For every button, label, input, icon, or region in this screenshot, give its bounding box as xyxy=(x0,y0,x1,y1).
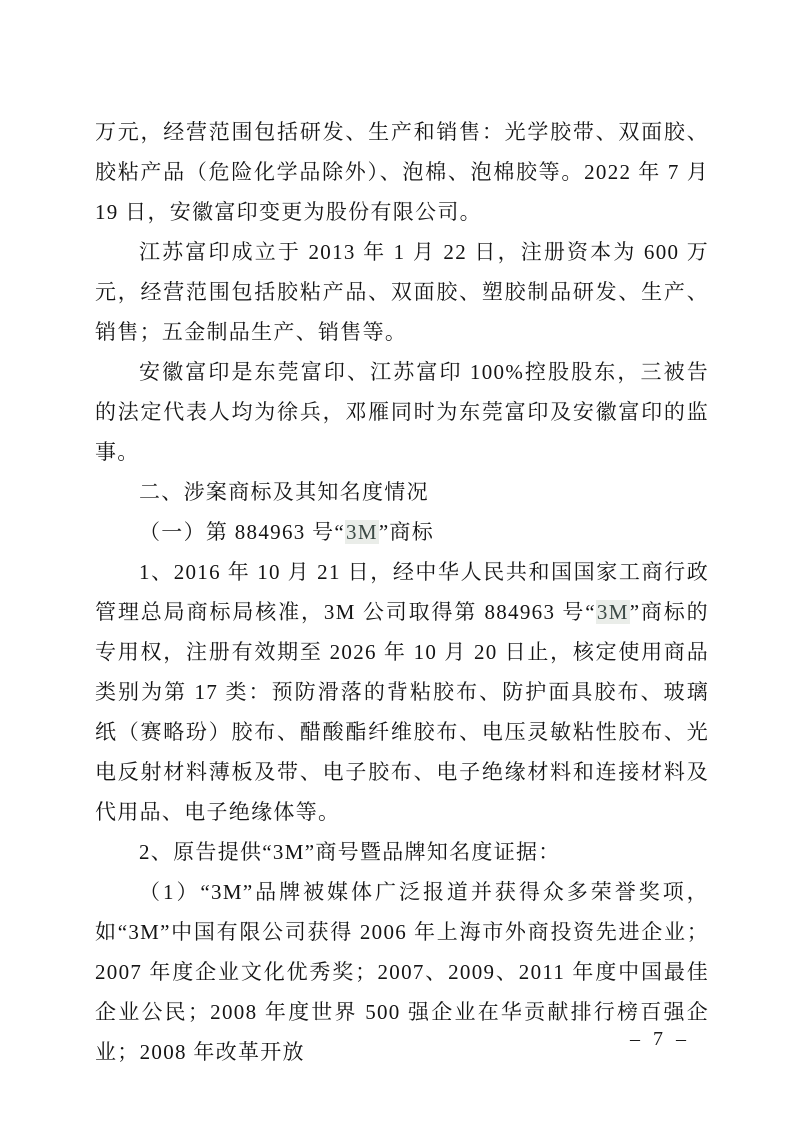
paragraph: 1、2016 年 10 月 21 日，经中华人民共和国国家工商行政管理总局商标局… xyxy=(95,552,709,832)
document-page: 万元，经营范围包括研发、生产和销售：光学胶带、双面胶、胶粘产品（危险化学品除外）… xyxy=(0,0,794,1123)
text-segment: 二、涉案商标及其知名度情况 xyxy=(139,480,429,504)
paragraph: 安徽富印是东莞富印、江苏富印 100%控股股东，三被告的法定代表人均为徐兵，邓雁… xyxy=(95,352,709,472)
paragraph: （一）第 884963 号“3M”商标 xyxy=(95,512,709,552)
text-segment: ”商标的专用权，注册有效期至 2026 年 10 月 20 日止，核定使用商品类… xyxy=(95,600,709,824)
paragraph: 万元，经营范围包括研发、生产和销售：光学胶带、双面胶、胶粘产品（危险化学品除外）… xyxy=(95,112,709,232)
text-segment: （1）“3M”品牌被媒体广泛报道并获得众多荣誉奖项，如“3M”中国有限公司获得 … xyxy=(95,880,709,1064)
text-segment: （一）第 884963 号“ xyxy=(139,520,345,544)
document-body: 万元，经营范围包括研发、生产和销售：光学胶带、双面胶、胶粘产品（危险化学品除外）… xyxy=(95,112,709,1072)
text-segment: 安徽富印是东莞富印、江苏富印 100%控股股东，三被告的法定代表人均为徐兵，邓雁… xyxy=(95,360,709,464)
paragraph: （1）“3M”品牌被媒体广泛报道并获得众多荣誉奖项，如“3M”中国有限公司获得 … xyxy=(95,872,709,1072)
trademark-highlight: 3M xyxy=(596,600,630,624)
text-segment: 2、原告提供“3M”商号暨品牌知名度证据： xyxy=(139,840,561,864)
page-number: – 7 – xyxy=(630,1028,690,1051)
text-segment: ”商标 xyxy=(379,520,434,544)
text-segment: 万元，经营范围包括研发、生产和销售：光学胶带、双面胶、胶粘产品（危险化学品除外）… xyxy=(95,120,709,224)
text-segment: 江苏富印成立于 2013 年 1 月 22 日，注册资本为 600 万元，经营范… xyxy=(95,240,709,344)
trademark-highlight: 3M xyxy=(345,520,379,544)
paragraph: 二、涉案商标及其知名度情况 xyxy=(95,472,709,512)
paragraph: 江苏富印成立于 2013 年 1 月 22 日，注册资本为 600 万元，经营范… xyxy=(95,232,709,352)
paragraph: 2、原告提供“3M”商号暨品牌知名度证据： xyxy=(95,832,709,872)
